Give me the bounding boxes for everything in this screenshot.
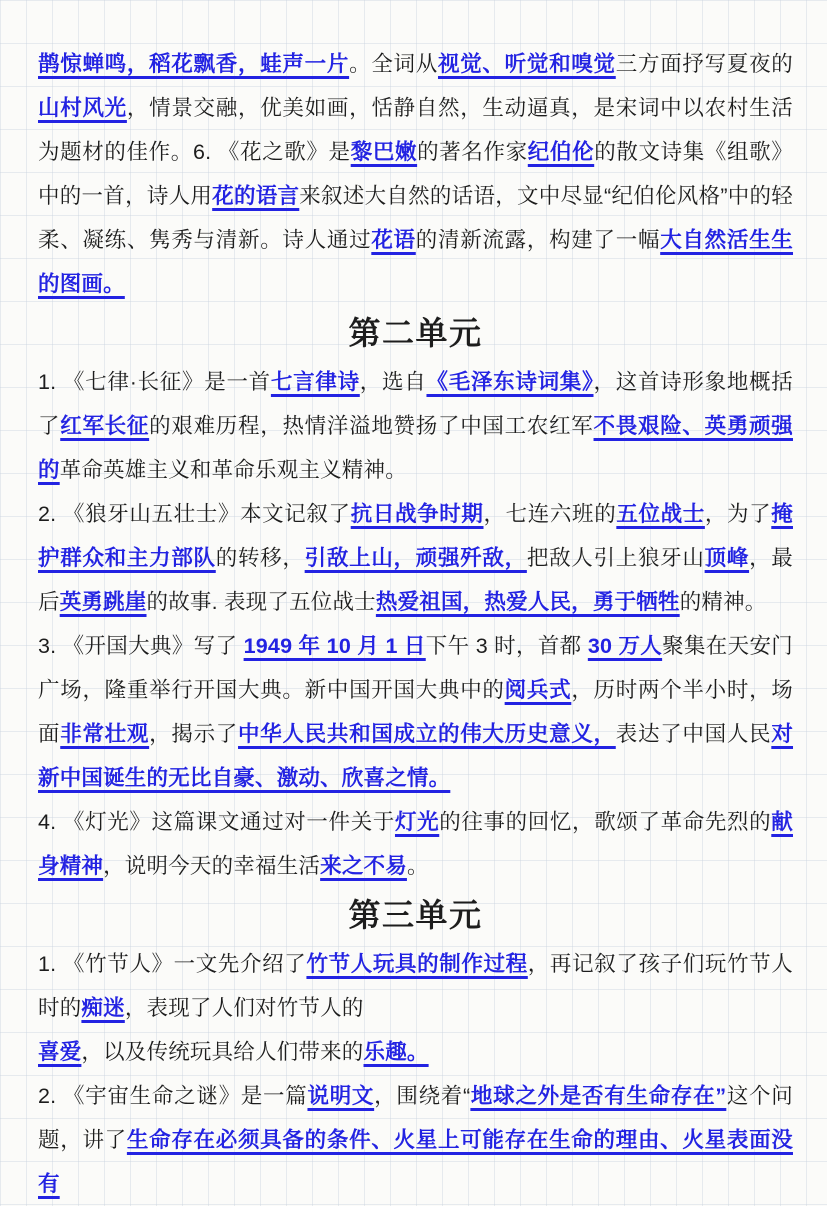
body-text: 表达了中国人民 [616, 722, 772, 746]
highlighted-text: 抗日战争时期 [351, 502, 484, 526]
body-text: 下午 3 时，首都 [426, 634, 588, 658]
highlighted-text: 说明文 [307, 1084, 374, 1108]
highlighted-text: 阅兵式 [505, 678, 572, 702]
body-text: 把敌人引上狼牙山 [527, 546, 705, 570]
highlighted-text: 喜爱 [38, 1040, 81, 1064]
paragraph: 鹊惊蝉鸣，稻花飘香，蛙声一片。全词从视觉、听觉和嗅觉三方面抒写夏夜的山村风光，情… [38, 42, 793, 306]
body-text: ，围绕着“ [374, 1084, 470, 1108]
body-text: 4. 《灯光》这篇课文通过对一件关于 [38, 810, 395, 834]
body-text: 三方面抒写夏夜的 [616, 52, 793, 76]
highlighted-text: 痴迷 [81, 996, 124, 1020]
highlighted-text: 七言律诗 [271, 370, 360, 394]
highlighted-text: 山村风光 [38, 96, 127, 120]
body-text: 的故事. 表现了五位战士 [147, 590, 376, 614]
paragraph: 4. 《灯光》这篇课文通过对一件关于灯光的往事的回忆，歌颂了革命先烈的献身精神，… [38, 800, 793, 888]
highlighted-text: 中华人民共和国成立的伟大历史意义， [238, 722, 616, 746]
body-text: 的往事的回忆，歌颂了革命先烈的 [439, 810, 771, 834]
body-text: 。 [407, 854, 429, 878]
highlighted-text: 竹节人玩具的制作过程 [306, 952, 527, 976]
body-text: ，为了 [705, 502, 771, 526]
section-heading: 第二单元 [38, 306, 793, 360]
highlighted-text: 乐趣。 [364, 1040, 429, 1064]
highlighted-text: 灯光 [395, 810, 439, 834]
highlighted-text: 五位战士 [616, 502, 705, 526]
paragraph: 1. 《七律·长征》是一首七言律诗，选自《毛泽东诗词集》，这首诗形象地概括了红军… [38, 360, 793, 492]
highlighted-text: 花语 [371, 228, 415, 252]
highlighted-text: 红军长征 [60, 414, 149, 438]
body-text: 的清新流露，构建了一幅 [416, 228, 660, 252]
highlighted-text: 来之不易 [320, 854, 407, 878]
paragraph: 3. 《开国大典》写了 1949 年 10 月 1 日下午 3 时，首都 30 … [38, 624, 793, 800]
body-text: ，表现了人们对竹节人的 [125, 996, 364, 1020]
paragraph: 1. 《竹节人》一文先介绍了竹节人玩具的制作过程，再记叙了孩子们玩竹节人时的痴迷… [38, 942, 793, 1074]
highlighted-text: 热爱祖国，热爱人民，勇于牺牲 [376, 590, 680, 614]
body-text: ，七连六班的 [484, 502, 617, 526]
highlighted-text: 鹊惊蝉鸣，稻花飘香，蛙声一片 [38, 52, 349, 76]
body-text: ，说明今天的幸福生活 [103, 854, 320, 878]
body-text: 革命英雄主义和革命乐观主义精神。 [60, 458, 407, 482]
body-text: 的艰难历程，热情洋溢地赞扬了中国工农红军 [149, 414, 593, 438]
paragraph: 2. 《宇宙生命之谜》是一篇说明文，围绕着“地球之外是否有生命存在”这个问题，讲… [38, 1074, 793, 1169]
document-body: 鹊惊蝉鸣，稻花飘香，蛙声一片。全词从视觉、听觉和嗅觉三方面抒写夏夜的山村风光，情… [0, 0, 827, 1169]
body-text: 。全词从 [349, 52, 438, 76]
highlighted-text: 顶峰 [705, 546, 749, 570]
highlighted-text: 视觉、听觉和嗅觉 [438, 52, 616, 76]
highlighted-text: 引敌上山，顽强歼敌， [305, 546, 527, 570]
highlighted-text: 《毛泽东诗词集》 [426, 370, 593, 394]
body-text: 的著名作家 [417, 140, 528, 164]
body-text: 1. 《七律·长征》是一首 [38, 370, 271, 394]
highlighted-text: 30 万人 [588, 634, 662, 658]
body-text: 3. 《开国大典》写了 [38, 634, 244, 658]
body-text: 1. 《竹节人》一文先介绍了 [38, 952, 306, 976]
body-text: ，选自 [360, 370, 427, 394]
highlighted-text: 花的语言 [212, 184, 299, 208]
body-text: ，揭示了 [149, 722, 238, 746]
highlighted-text: 黎巴嫩 [351, 140, 417, 164]
paragraph: 2. 《狼牙山五壮士》本文记叙了抗日战争时期，七连六班的五位战士，为了掩护群众和… [38, 492, 793, 624]
highlighted-text: 地球之外是否有生命存在” [470, 1084, 726, 1108]
body-text: 2. 《狼牙山五壮士》本文记叙了 [38, 502, 351, 526]
highlighted-text: 英勇跳崖 [60, 590, 147, 614]
body-text: 的精神。 [680, 590, 767, 614]
highlighted-text: 1949 年 10 月 1 日 [244, 634, 426, 658]
highlighted-text: 纪伯伦 [528, 140, 594, 164]
body-text: 的转移， [216, 546, 305, 570]
section-heading: 第三单元 [38, 888, 793, 942]
body-text: ，以及传统玩具给人们带来的 [81, 1040, 363, 1064]
notes-page: { "meta": { "language": "zh-CN", "docume… [0, 0, 827, 1169]
body-text: 2. 《宇宙生命之谜》是一篇 [38, 1084, 307, 1108]
highlighted-text: 生命存在必须具备的条件、火星上可能存在生命的理由、火星表面没有 [38, 1128, 793, 1169]
highlighted-text: 非常壮观 [60, 722, 149, 746]
